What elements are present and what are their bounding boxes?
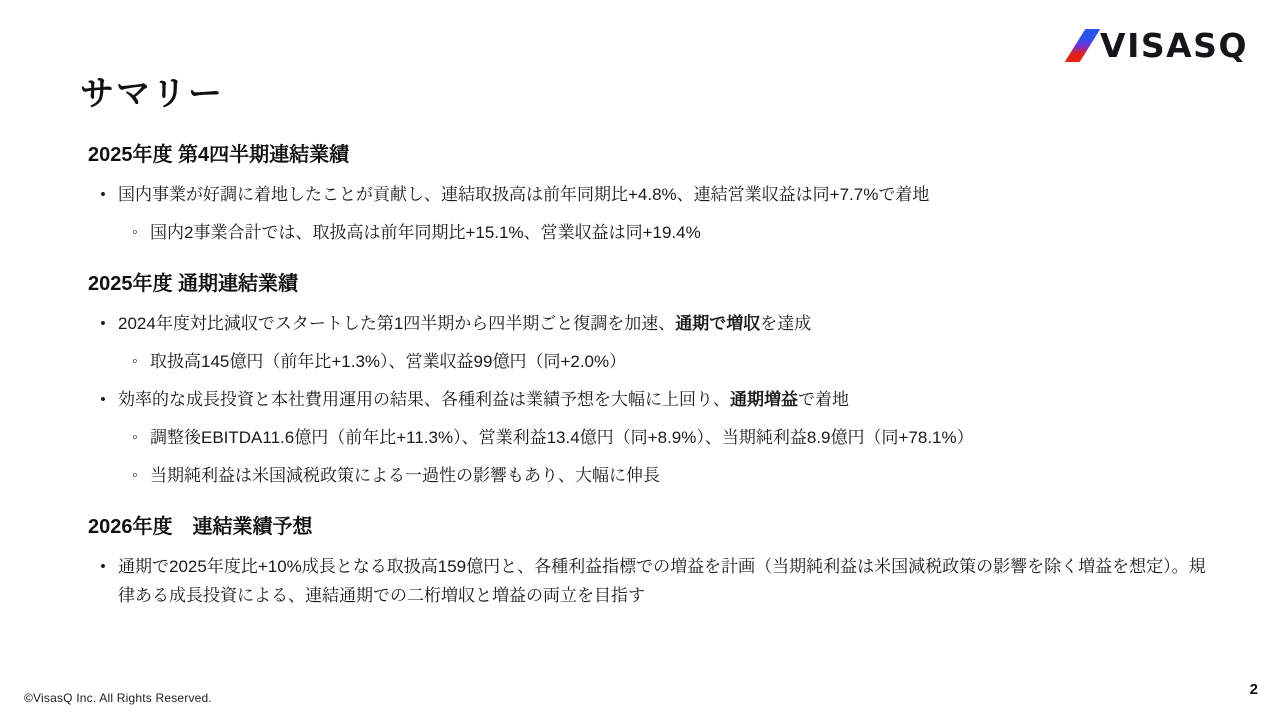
bullet-item: •2024年度対比減収でスタートした第1四半期から四半期ごと復調を加速、通期で増…	[88, 309, 1218, 338]
bullet-item: ◦国内2事業合計では、取扱高は前年同期比+15.1%、営業収益は同+19.4%	[88, 218, 1218, 247]
bullet-item: ◦当期純利益は米国減税政策による一過性の影響もあり、大幅に伸長	[88, 461, 1218, 490]
visasq-logo-text: VISASQ	[1100, 26, 1248, 65]
bullet-text: 取扱高145億円（前年比+1.3%）、営業収益99億円（同+2.0%）	[150, 347, 1218, 376]
bullet-text: 国内2事業合計では、取扱高は前年同期比+15.1%、営業収益は同+19.4%	[150, 218, 1218, 247]
bullet-text: 2024年度対比減収でスタートした第1四半期から四半期ごと復調を加速、通期で増収…	[118, 309, 1218, 338]
bullet-item: •国内事業が好調に着地したことが貢献し、連結取扱高は前年同期比+4.8%、連結営…	[88, 180, 1218, 209]
bullet-marker-icon: ◦	[120, 347, 150, 376]
visasq-slash-icon	[1065, 29, 1101, 62]
section-heading: 2025年度 通期連結業績	[88, 269, 1218, 299]
bullet-text: 当期純利益は米国減税政策による一過性の影響もあり、大幅に伸長	[150, 461, 1218, 490]
bullet-item: ◦調整後EBITDA11.6億円（前年比+11.3%）、営業利益13.4億円（同…	[88, 423, 1218, 452]
bullet-marker-icon: •	[88, 180, 118, 209]
visasq-logo: VISASQ	[1075, 26, 1248, 65]
bullet-text: 国内事業が好調に着地したことが貢献し、連結取扱高は前年同期比+4.8%、連結営業…	[118, 180, 1218, 209]
bullet-item: •通期で2025年度比+10%成長となる取扱高159億円と、各種利益指標での増益…	[88, 552, 1218, 610]
bullet-marker-icon: ◦	[120, 461, 150, 490]
bullet-marker-icon: •	[88, 552, 118, 581]
bullet-text: 通期で2025年度比+10%成長となる取扱高159億円と、各種利益指標での増益を…	[118, 552, 1218, 610]
copyright: ©VisasQ Inc. All Rights Reserved.	[24, 691, 212, 705]
page-number: 2	[1250, 681, 1258, 698]
bullet-text: 効率的な成長投資と本社費用運用の結果、各種利益は業績予想を大幅に上回り、通期増益…	[118, 385, 1218, 414]
summary-sections: 2025年度 第4四半期連結業績•国内事業が好調に着地したことが貢献し、連結取扱…	[88, 140, 1218, 619]
bullet-marker-icon: •	[88, 385, 118, 414]
bullet-marker-icon: ◦	[120, 218, 150, 247]
bullet-marker-icon: •	[88, 309, 118, 338]
section-heading: 2026年度 連結業績予想	[88, 512, 1218, 542]
section-heading: 2025年度 第4四半期連結業績	[88, 140, 1218, 170]
bullet-item: •効率的な成長投資と本社費用運用の結果、各種利益は業績予想を大幅に上回り、通期増…	[88, 385, 1218, 414]
bullet-text: 調整後EBITDA11.6億円（前年比+11.3%）、営業利益13.4億円（同+…	[150, 423, 1218, 452]
page-title: サマリー	[80, 66, 224, 115]
bullet-item: ◦取扱高145億円（前年比+1.3%）、営業収益99億円（同+2.0%）	[88, 347, 1218, 376]
bullet-marker-icon: ◦	[120, 423, 150, 452]
